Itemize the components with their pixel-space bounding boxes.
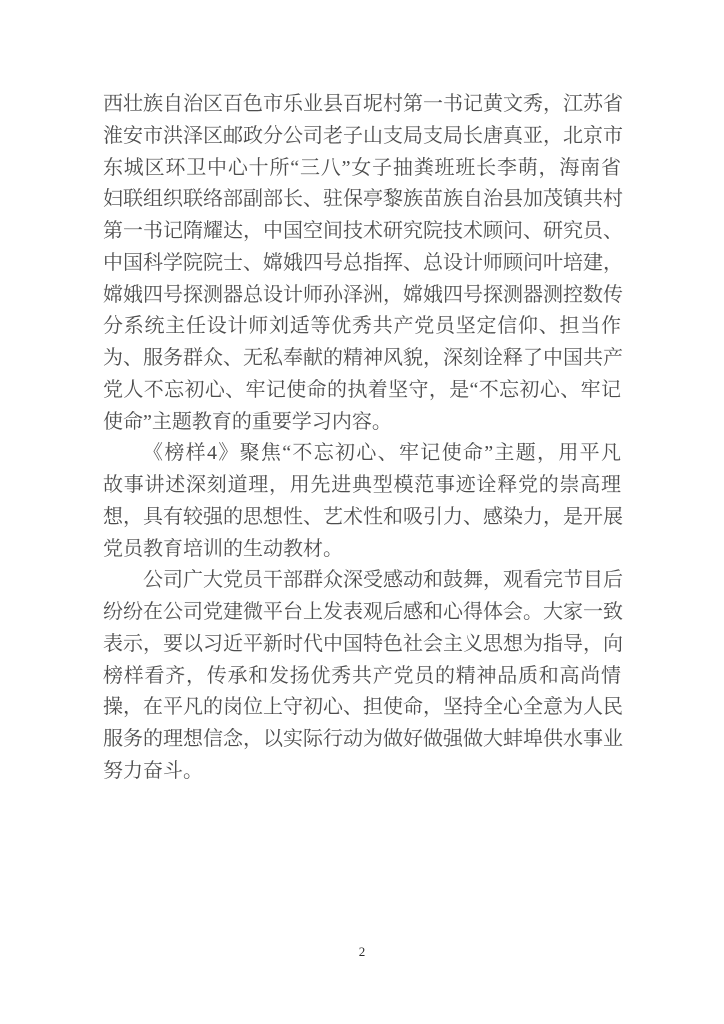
text-line: 为、服务群众、无私奉献的精神风貌，深刻诠释了中国共产 [103, 343, 621, 375]
text-line: 分系统主任设计师刘适等优秀共产党员坚定信仰、担当作 [103, 311, 621, 343]
text-line: 榜样看齐，传承和发扬优秀共产党员的精神品质和高尚情 [103, 661, 621, 693]
paragraph: 公司广大党员干部群众深受感动和鼓舞，观看完节目后纷纷在公司党建微平台上发表观后感… [103, 565, 621, 787]
text-line: 第一书记隋耀达，中国空间技术研究院技术顾问、研究员、 [103, 216, 621, 248]
document-body: 西壮族自治区百色市乐业县百坭村第一书记黄文秀，江苏省淮安市洪泽区邮政分公司老子山… [103, 89, 621, 788]
text-line: 努力奋斗。 [103, 756, 621, 788]
text-line: 中国科学院院士、嫦娥四号总指挥、总设计师顾问叶培建， [103, 248, 621, 280]
text-line: 故事讲述深刻道理，用先进典型模范事迹诠释党的崇高理 [103, 470, 621, 502]
text-line: 淮安市洪泽区邮政分公司老子山支局支局长唐真亚，北京市 [103, 121, 621, 153]
text-line: 操，在平凡的岗位上守初心、担使命，坚持全心全意为人民 [103, 692, 621, 724]
text-line: 服务的理想信念，以实际行动为做好做强做大蚌埠供水事业 [103, 724, 621, 756]
text-line: 东城区环卫中心十所“三八”女子抽粪班班长李萌，海南省 [103, 153, 621, 185]
text-line: 妇联组织联络部副部长、驻保亭黎族苗族自治县加茂镇共村 [103, 184, 621, 216]
text-line: 纷纷在公司党建微平台上发表观后感和心得体会。大家一致 [103, 597, 621, 629]
text-line: 表示，要以习近平新时代中国特色社会主义思想为指导，向 [103, 629, 621, 661]
page-number: 2 [0, 944, 724, 960]
paragraph: 《榜样4》聚焦“不忘初心、牢记使命”主题，用平凡故事讲述深刻道理，用先进典型模范… [103, 438, 621, 565]
text-line: 党人不忘初心、牢记使命的执着坚守，是“不忘初心、牢记 [103, 375, 621, 407]
text-line: 嫦娥四号探测器总设计师孙泽洲，嫦娥四号探测器测控数传 [103, 280, 621, 312]
paragraph: 西壮族自治区百色市乐业县百坭村第一书记黄文秀，江苏省淮安市洪泽区邮政分公司老子山… [103, 89, 621, 438]
text-line: 《榜样4》聚焦“不忘初心、牢记使命”主题，用平凡 [103, 438, 621, 470]
text-line: 党员教育培训的生动教材。 [103, 534, 621, 566]
text-line: 使命”主题教育的重要学习内容。 [103, 407, 621, 439]
text-line: 公司广大党员干部群众深受感动和鼓舞，观看完节目后 [103, 565, 621, 597]
document-page: 西壮族自治区百色市乐业县百坭村第一书记黄文秀，江苏省淮安市洪泽区邮政分公司老子山… [0, 0, 724, 1024]
text-line: 想，具有较强的思想性、艺术性和吸引力、感染力，是开展 [103, 502, 621, 534]
text-line: 西壮族自治区百色市乐业县百坭村第一书记黄文秀，江苏省 [103, 89, 621, 121]
